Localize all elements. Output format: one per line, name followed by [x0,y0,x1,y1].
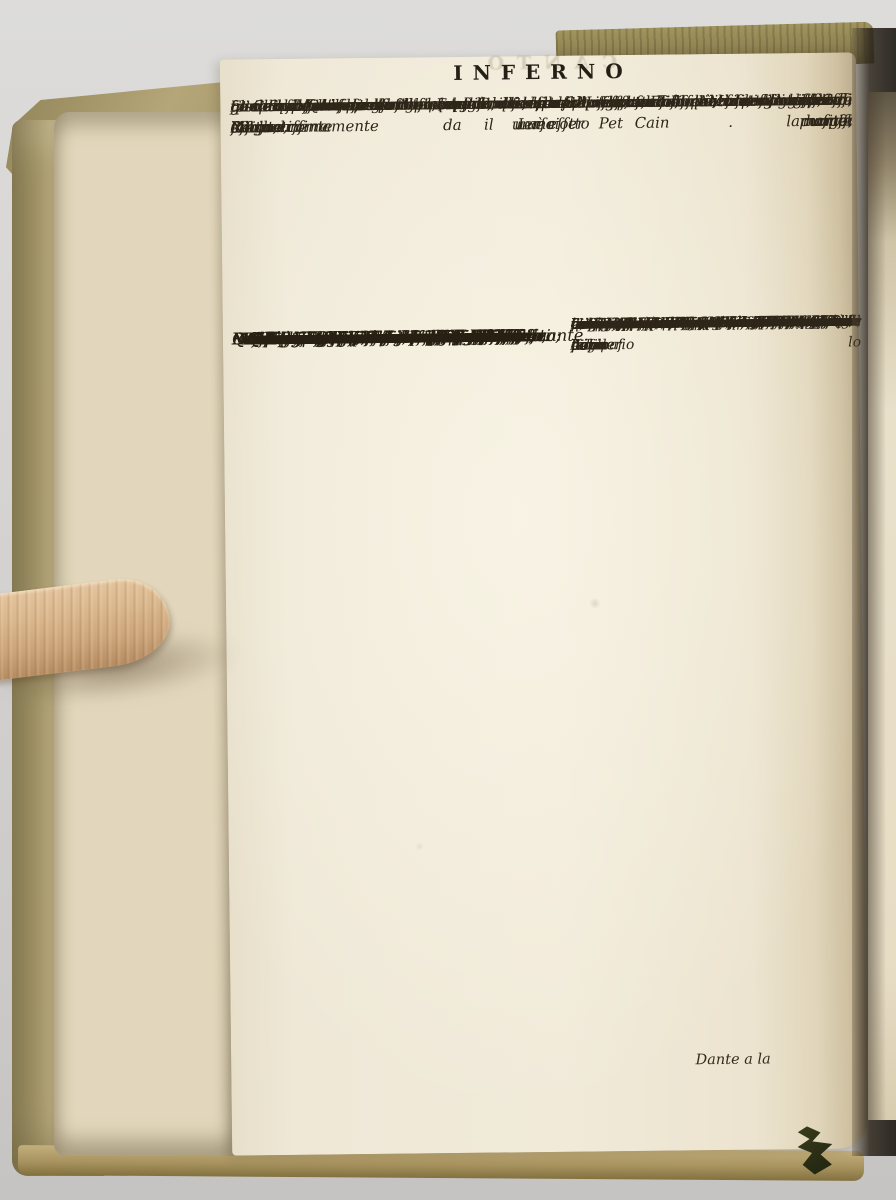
commentary-right-column: Inteſo che Dante hebbe queſte anime , ci… [571,311,861,314]
catchword: Dante a la [633,1051,833,1069]
verse-line: Laltro piangeua ſi; che di pietade [232,325,521,351]
book-page: CANTO INFERNO ſe del ſi forte uederſi pi… [220,52,868,1155]
commentary-line: Et in queſto il poeta moſtra hauere ſcri… [230,89,852,137]
facing-page-edge [868,92,896,1120]
commentary-line: uolſi a loro e parlaio, Satisfatto che h… [571,311,861,356]
commentary-top-block: ſe del ſi forte uederſi piacera Paulo, p… [230,89,852,96]
photo-scene: CANTO INFERNO ſe del ſi forte uederſi pi… [0,0,896,1200]
poem-column: Da chio inteſi quellanime offenſe;Chinai… [232,325,578,329]
running-title: INFERNO [220,56,856,87]
